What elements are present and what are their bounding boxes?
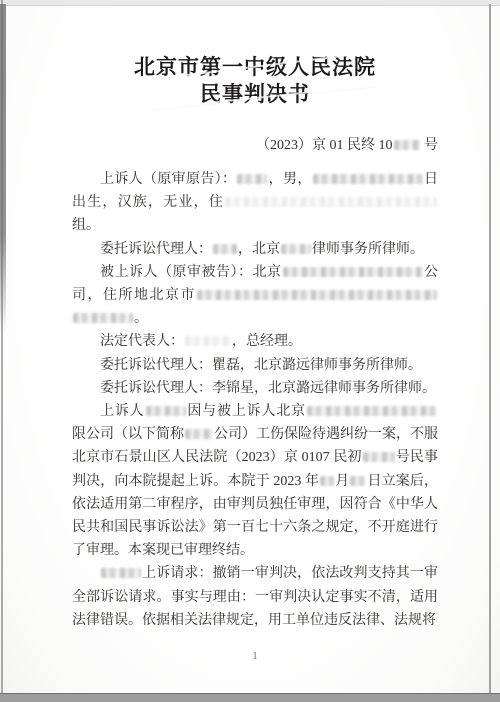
redacted-text: [320, 476, 334, 486]
text-run: （2023）京 01 民终 10: [256, 138, 393, 153]
text-run: 被上诉人（原审被告）：北京: [100, 265, 282, 280]
redacted-text: [185, 336, 231, 346]
appellee-info: 被上诉人（原审被告）：北京公司，住所地北京市。: [72, 261, 438, 331]
redacted-text: [237, 174, 267, 184]
text-run: 上诉人: [100, 404, 145, 419]
appellant-info: 上诉人（原审原告）：，男，日出生，汉族，无业，住组。: [72, 168, 438, 238]
case-procedure: 上诉人因与被上诉人北京限公司（以下简称公司）工伤保险待遇纠纷一案，不服北京市石景…: [72, 400, 438, 562]
appellee-agent-2: 委托诉讼代理人：李锦星，北京潞远律师事务所律师。: [72, 377, 438, 400]
text-run: 法定代表人：: [100, 334, 184, 349]
text-run: 委托诉讼代理人：瞿磊，北京潞远律师事务所律师。: [100, 358, 422, 373]
redacted-text: [363, 452, 395, 462]
text-run: ，男，: [268, 172, 311, 187]
redacted-text: [394, 140, 420, 150]
text-run: ，总经理。: [232, 334, 302, 349]
redacted-text: [283, 267, 423, 277]
redacted-text: [197, 290, 437, 300]
text-run: 限公司（以下简称: [72, 427, 184, 442]
redacted-text: [185, 429, 213, 439]
text-run: 组。: [72, 218, 100, 233]
redacted-text: [101, 568, 141, 578]
court-name: 北京市第一中级人民法院: [72, 54, 438, 81]
redacted-text: [73, 313, 133, 323]
legal-representative: 法定代表人：，总经理。: [72, 330, 438, 353]
case-number: （2023）京 01 民终 10 号: [72, 135, 438, 157]
redacted-text: [307, 406, 437, 416]
scan-edge-right-line: [489, 4, 491, 694]
text-run: 委托诉讼代理人：李锦星，北京潞远律师事务所律师。: [100, 381, 436, 396]
redacted-text: [225, 197, 437, 207]
scanned-judgment-page: 北京市第一中级人民法院 民事判决书 （2023）京 01 民终 10 号 上诉人…: [0, 0, 500, 702]
text-run: 因与被上诉人北京: [187, 404, 307, 419]
redacted-text: [213, 244, 237, 254]
redacted-text: [350, 476, 366, 486]
text-run: 号: [421, 138, 439, 153]
redacted-text: [281, 244, 311, 254]
text-run: 上诉人（原审原告）：: [100, 172, 236, 187]
text-run: 。: [134, 311, 148, 326]
document-title: 北京市第一中级人民法院 民事判决书: [72, 54, 438, 108]
page-number: 1: [72, 651, 438, 662]
text-run: 月: [335, 474, 349, 489]
text-run: ，北京: [238, 242, 280, 257]
redacted-text: [146, 406, 186, 416]
scan-edge-bottom: [0, 693, 500, 702]
text-run: 委托诉讼代理人：: [100, 242, 212, 257]
redacted-text: [313, 174, 423, 184]
appellee-agent-1: 委托诉讼代理人：瞿磊，北京潞远律师事务所律师。: [72, 354, 438, 377]
scan-edge-left-line: [1, 0, 3, 694]
document-type: 民事判决书: [72, 81, 438, 108]
page-content: 北京市第一中级人民法院 民事判决书 （2023）京 01 民终 10 号 上诉人…: [72, 0, 438, 662]
appeal-request: 上诉请求：撤销一审判决，依法改判支持其一审全部诉讼请求。事实与理由：一审判决认定…: [72, 562, 438, 632]
judgment-body: 上诉人（原审原告）：，男，日出生，汉族，无业，住组。委托诉讼代理人：，北京律师事…: [72, 168, 438, 632]
appellant-agent: 委托诉讼代理人：，北京律师事务所律师。: [72, 238, 438, 261]
text-run: 律师事务所律师。: [312, 242, 424, 257]
